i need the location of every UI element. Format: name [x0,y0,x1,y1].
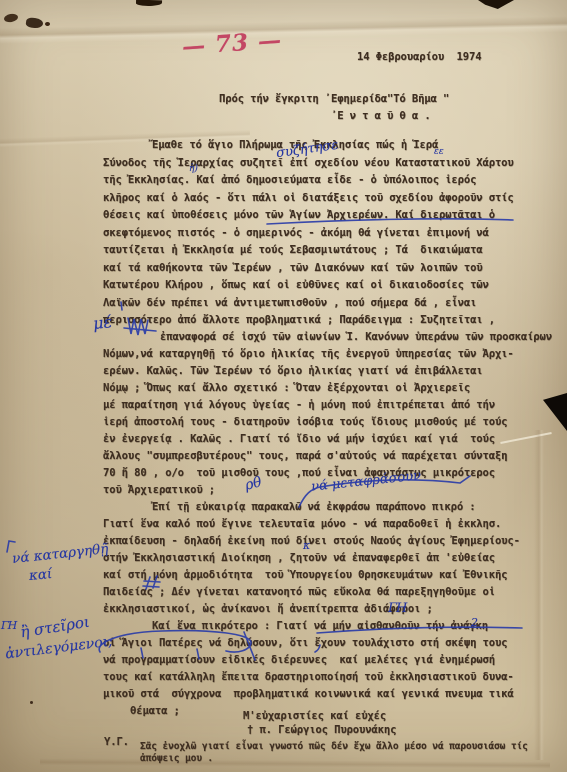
date: 14 Φεβρουαρίου 1974 [357,51,481,64]
typed-line: Καί ἕνα πικρότερο : Γιατί νά μήν αἰσθανθ… [152,620,488,633]
typed-line: ερέων. Καλῶς. Τῶν Ἱερέων τό ὅριο ἡλικίας… [103,365,483,378]
postscript-line: ἀπόψεις μου . [140,752,213,765]
typed-line: τους καί κατάλληλη ἔπειτα δραστηριοποίησ… [103,671,514,684]
typed-line: ἐκκλησιαστικοί, ὡς ἀνίκανοι ἤ ἀνεπίτρεπτ… [103,603,433,616]
stain-spot [30,701,33,704]
typed-line: Λαϊκῶν δέν πρέπει νά ἀντιμετωπισθοῦν , π… [103,297,476,310]
typed-line: καί στή μόνη ἁρμοδιότητα τοῦ Ὑπουργείου … [103,569,507,582]
scanned-letter-page: — 73 — 14 Φεβρουαρίου 1974 Πρός τήν ἔγκρ… [0,0,567,772]
typed-line: ἐκπαίδευση - δηλαδή ἐκείνη πού δίνει στο… [103,535,520,548]
typed-line: στήν Ἐκκλησιαστική Διοίκηση , ζητοῦν νά … [103,552,495,565]
typed-line: περισσότερο ἀπό ἄλλοτε προβληματικά ; Πα… [103,314,495,327]
typed-line: θέσεις καί ὑποθέσεις μόνο τῶν Ἁγίων Ἀρχι… [103,209,495,222]
stain-spot [3,13,18,23]
handwritten-reference-mark: ΓΗ [1,619,16,632]
signature-line: † π. Γεώργιος Πυρουνάκης [247,724,396,737]
typed-line: Νόμων,νά καταργηθῇ τό ὅριο ἡλικίας τῆς ἐ… [103,348,514,361]
top-edge-tear-mark [136,0,162,6]
typed-line: σκεφτόμενος πιστός - ὁ σημερινός - ἀκόμη… [103,227,489,240]
typed-line: θέματα ; [130,705,180,718]
handwritten-insertion: κ [303,539,310,552]
typed-line: ἐν ἐνεργείᾳ . Καλῶς . Γιατί τό ἴδιο νά μ… [103,433,495,446]
stain-spot [25,17,43,29]
closing-line: Μ'εὐχαριστίες καί εὐχές [243,710,386,723]
handwritten-reference-mark: ΓΗ [388,601,406,616]
fold-highlight [500,432,551,444]
paper-crease [534,430,544,760]
paper-crease [0,16,567,44]
typed-line: ἱερή ἀποστολή τους - διατηροῦν ἰσόβια το… [103,416,507,429]
handwritten-mark: 2 [471,616,478,629]
top-edge-tear-mark [478,0,514,12]
typed-line: Νόμῳ ; Ὅπως καί ἄλλο σχετικό : Ὅταν ἐξέρ… [103,382,470,395]
margin-note: καί [28,566,53,584]
ink-scribble [124,328,156,331]
handwritten-mark: εε [434,147,444,157]
typed-line: κλῆρος καί ὁ λαός - ὅτι πάλι οἱ διατάξει… [103,192,514,205]
handwritten-mark: ἡ) [189,164,198,174]
handwritten-correction: μέ [92,312,113,333]
paper-crease [40,758,550,769]
margin-note: νά καταργηθῇ [11,541,109,567]
typed-line: Ἐπί τῇ εὐκαιρίᾳ παρακαλῶ νά ἐκφράσω παρά… [152,501,476,514]
typed-line: τοῦ Ἀρχιερατικοῦ ; [103,484,215,497]
typed-line: Κατωτέρου Κλήρου , ὅπως καί οἱ εὐθῦνες κ… [103,279,489,292]
postscript-label: Υ.Γ. [104,736,129,749]
stain-spot [45,22,50,26]
typed-line: Γιατί ἕνα καλό πού ἔγινε τελευταῖα μόνο … [103,518,501,531]
typed-line: οἱ Ἅγιοι Πατέρες νά δηλώσουν, ὅτι ἔχουν … [103,637,507,650]
typed-line: ταυτίζεται ἡ Ἐκκλησία μέ τούς Σεβασμιωτά… [103,244,483,257]
handwritten-mark: ρθ [243,474,263,494]
typed-line: Σύνοδος τῆς Ἱεραρχίας συζητεῖ ἐπί σχεδίο… [103,157,514,170]
typed-line: νά προγραμματίσουν εἰδικές διέρευνες καί… [103,654,495,667]
typed-line: τῆς Ἐκκλησίας. Καί ἀπό δημοσιεύματα εἶδε… [103,174,476,187]
right-edge-tear-wedge [543,393,567,431]
recipient-line: Πρός τήν ἔγκριτη ᾿Εφημερίδα"Τό Βῆμα " [219,93,449,106]
typed-line: μέ παραίτηση γιά λόγους ὑγείας - ἡ μόνη … [103,399,495,412]
typed-line: ἐπαναφορά σέ ἰσχύ τῶν αἰωνίων Ἱ. Κανόνων… [160,331,552,344]
typed-line: ἄλλους "συμπρεσβυτέρους" τους, παρά σ'αὐ… [103,450,507,463]
typed-line: μικοῦ στά σύγχρονα προβληματικά κοινωνικ… [103,688,514,701]
typed-line: καί τά καθήκοντα τῶν Ἱερέων , τῶν Διακόν… [103,262,483,275]
typed-line: 70 ἤ 80 , ο/ο τοῦ μισθοῦ τους ,πού εἶναι… [103,467,495,480]
recipient-line: ᾿Ε ν τ α ῦ θ α . [331,110,431,123]
typed-line: Παιδείας ; Δέν γίνεται κατανοητό πῶς εὔκ… [103,586,495,599]
page-number: — 73 — [181,27,283,61]
